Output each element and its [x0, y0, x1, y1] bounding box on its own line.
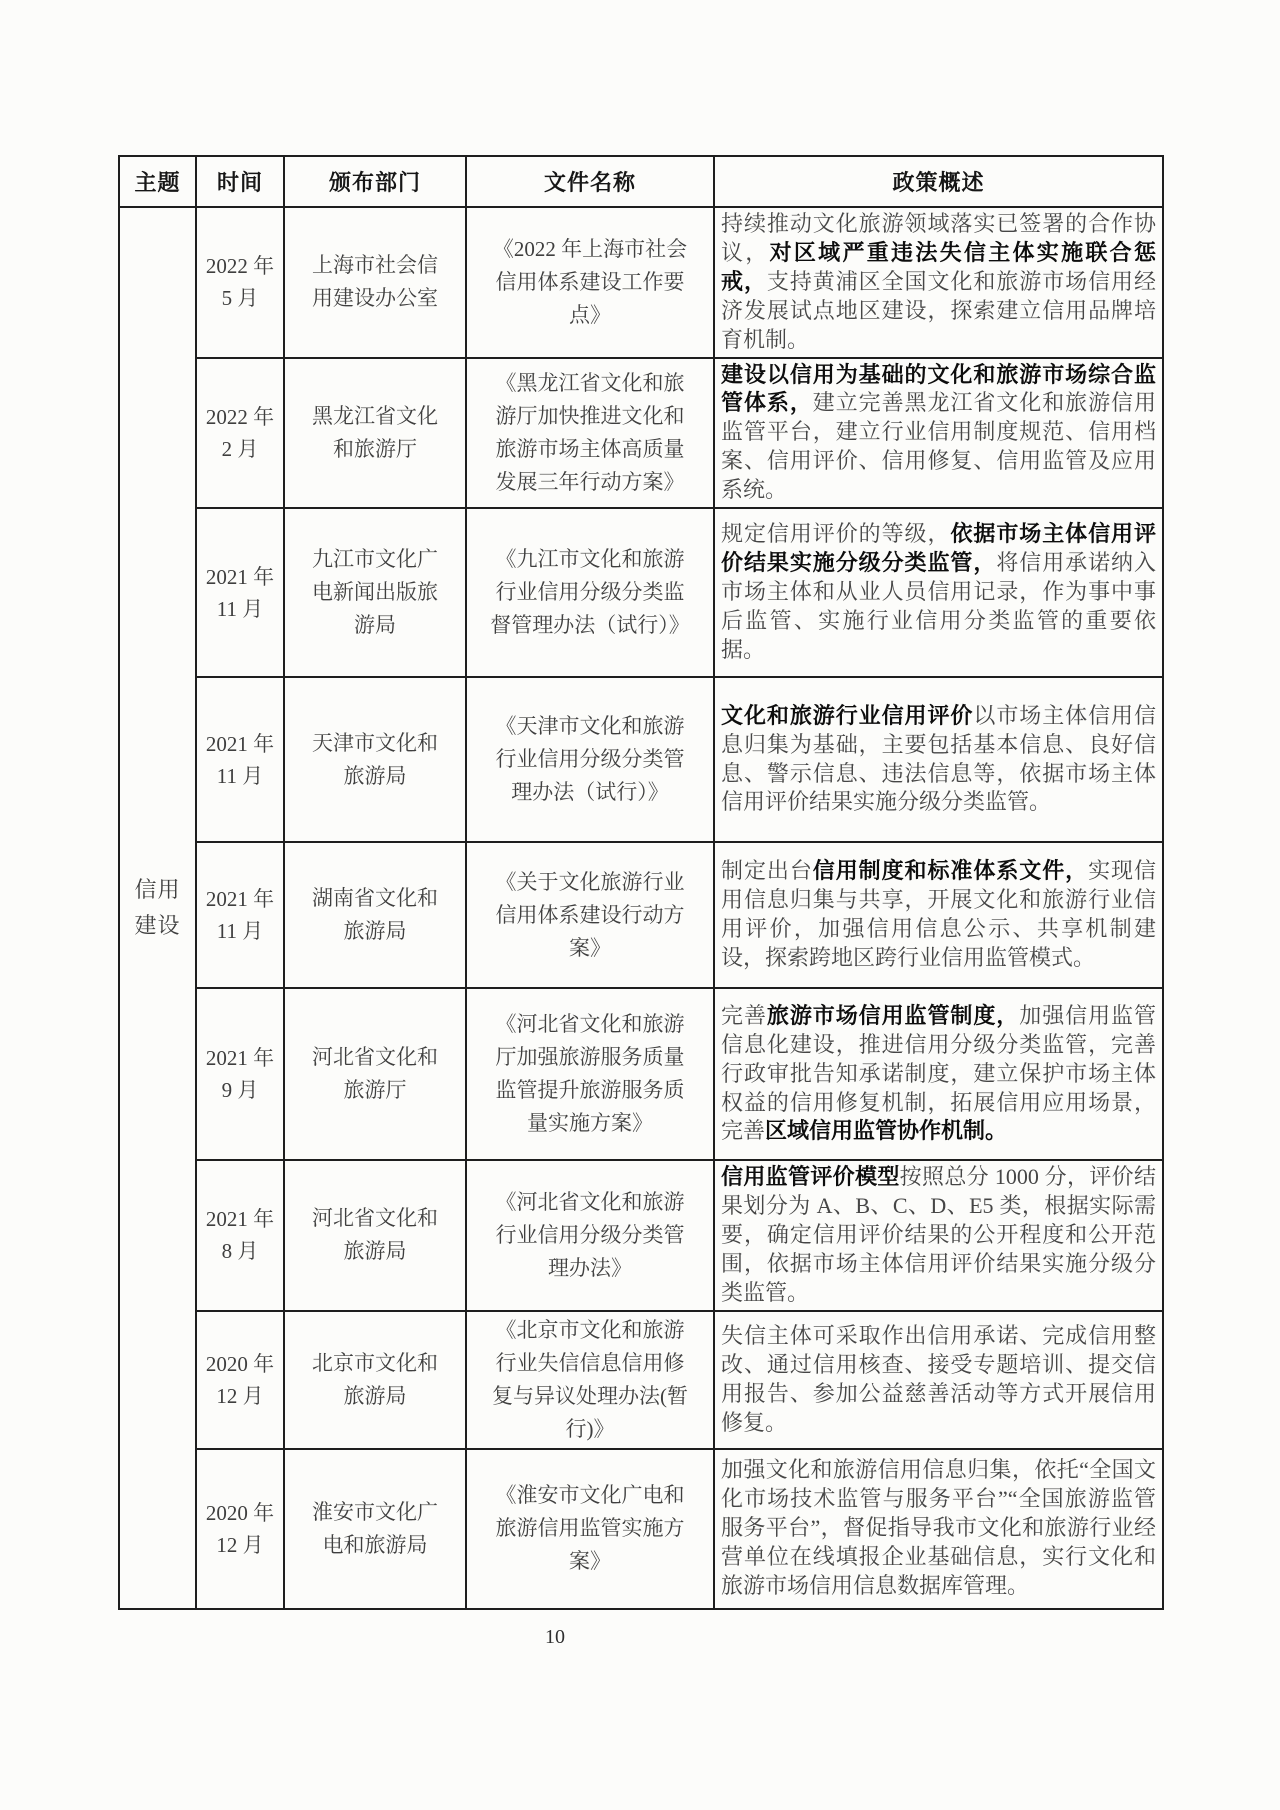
time-cell: 2022 年5 月 — [196, 207, 284, 358]
policy-summary-cell: 完善旅游市场信用监管制度，加强信用监管信息化建设，推进信用分级分类监管，完善行政… — [714, 988, 1163, 1160]
document-title-cell: 《九江市文化和旅游行业信用分级分类监督管理办法（试行）》 — [466, 508, 714, 677]
time-cell: 2021 年11 月 — [196, 842, 284, 988]
time-cell: 2022 年2 月 — [196, 358, 284, 509]
policy-summary-cell: 建设以信用为基础的文化和旅游市场综合监管体系，建立完善黑龙江省文化和旅游信用监管… — [714, 358, 1163, 509]
time-cell: 2020 年12 月 — [196, 1449, 284, 1609]
time-cell: 2021 年11 月 — [196, 508, 284, 677]
department-cell: 黑龙江省文化和旅游厅 — [284, 358, 466, 509]
policy-summary-cell: 制定出台信用制度和标准体系文件，实现信用信息归集与共享，开展文化和旅游行业信用评… — [714, 842, 1163, 988]
summary-bold-run: 区域信用监管协作机制。 — [765, 1118, 1007, 1143]
page-number: 10 — [535, 1626, 575, 1649]
summary-text-run: 制定出台 — [721, 858, 813, 883]
summary-bold-run: 信用制度和标准体系文件， — [813, 858, 1088, 883]
department-cell: 上海市社会信用建设办公室 — [284, 207, 466, 358]
document-page: 主题 时间 颁布部门 文件名称 政策概述 信用建设2022 年5 月上海市社会信… — [0, 0, 1280, 1810]
department-cell: 河北省文化和旅游厅 — [284, 988, 466, 1160]
document-title-cell: 《河北省文化和旅游厅加强旅游服务质量监管提升旅游服务质量实施方案》 — [466, 988, 714, 1160]
policy-summary-cell: 失信主体可采取作出信用承诺、完成信用整改、通过信用核查、接受专题培训、提交信用报… — [714, 1311, 1163, 1449]
summary-text-run: 加强文化和旅游信用信息归集，依托“全国文化市场技术监管与服务平台”“全国旅游监管… — [721, 1457, 1156, 1598]
document-title-cell: 《淮安市文化广电和旅游信用监管实施方案》 — [466, 1449, 714, 1609]
theme-cell: 信用建设 — [119, 207, 196, 1609]
time-cell: 2021 年9 月 — [196, 988, 284, 1160]
table-row: 2020 年12 月淮安市文化广电和旅游局《淮安市文化广电和旅游信用监管实施方案… — [119, 1449, 1163, 1609]
time-cell: 2021 年11 月 — [196, 677, 284, 842]
table-row: 2021 年9 月河北省文化和旅游厅《河北省文化和旅游厅加强旅游服务质量监管提升… — [119, 988, 1163, 1160]
summary-bold-run: 文化和旅游行业信用评价 — [721, 703, 973, 728]
table-row: 2021 年8 月河北省文化和旅游局《河北省文化和旅游行业信用分级分类管理办法》… — [119, 1160, 1163, 1311]
table-row: 信用建设2022 年5 月上海市社会信用建设办公室《2022 年上海市社会信用体… — [119, 207, 1163, 358]
department-cell: 湖南省文化和旅游局 — [284, 842, 466, 988]
document-title-cell: 《天津市文化和旅游行业信用分级分类管理办法（试行）》 — [466, 677, 714, 842]
header-document-name: 文件名称 — [466, 156, 714, 207]
table-row: 2021 年11 月天津市文化和旅游局《天津市文化和旅游行业信用分级分类管理办法… — [119, 677, 1163, 842]
summary-text-run: 完善 — [721, 1003, 767, 1028]
summary-bold-run: 信用监管评价模型 — [721, 1164, 900, 1189]
summary-text-run: 规定信用评价的等级， — [721, 521, 950, 546]
table-row: 2021 年11 月九江市文化广电新闻出版旅游局《九江市文化和旅游行业信用分级分… — [119, 508, 1163, 677]
header-department: 颁布部门 — [284, 156, 466, 207]
table-row: 2020 年12 月北京市文化和旅游局《北京市文化和旅游行业失信信息信用修复与异… — [119, 1311, 1163, 1449]
document-title-cell: 《关于文化旅游行业信用体系建设行动方案》 — [466, 842, 714, 988]
header-policy-summary: 政策概述 — [714, 156, 1163, 207]
document-title-cell: 《河北省文化和旅游行业信用分级分类管理办法》 — [466, 1160, 714, 1311]
department-cell: 北京市文化和旅游局 — [284, 1311, 466, 1449]
department-cell: 河北省文化和旅游局 — [284, 1160, 466, 1311]
table-row: 2022 年2 月黑龙江省文化和旅游厅《黑龙江省文化和旅游厅加快推进文化和旅游市… — [119, 358, 1163, 509]
summary-bold-run: 旅游市场信用监管制度， — [767, 1003, 1019, 1028]
header-time: 时间 — [196, 156, 284, 207]
policy-summary-cell: 加强文化和旅游信用信息归集，依托“全国文化市场技术监管与服务平台”“全国旅游监管… — [714, 1449, 1163, 1609]
policy-table-body: 信用建设2022 年5 月上海市社会信用建设办公室《2022 年上海市社会信用体… — [119, 207, 1163, 1609]
document-title-cell: 《2022 年上海市社会信用体系建设工作要点》 — [466, 207, 714, 358]
policy-summary-cell: 规定信用评价的等级，依据市场主体信用评价结果实施分级分类监管，将信用承诺纳入市场… — [714, 508, 1163, 677]
policy-table: 主题 时间 颁布部门 文件名称 政策概述 信用建设2022 年5 月上海市社会信… — [118, 155, 1164, 1610]
summary-text-run: 支持黄浦区全国文化和旅游市场信用经济发展试点地区建设，探索建立信用品牌培育机制。 — [721, 269, 1156, 352]
policy-summary-cell: 文化和旅游行业信用评价以市场主体信用信息归集为基础，主要包括基本信息、良好信息、… — [714, 677, 1163, 842]
department-cell: 淮安市文化广电和旅游局 — [284, 1449, 466, 1609]
policy-table-header: 主题 时间 颁布部门 文件名称 政策概述 — [119, 156, 1163, 207]
time-cell: 2020 年12 月 — [196, 1311, 284, 1449]
time-cell: 2021 年8 月 — [196, 1160, 284, 1311]
policy-summary-cell: 持续推动文化旅游领域落实已签署的合作协议，对区域严重违法失信主体实施联合惩戒，支… — [714, 207, 1163, 358]
document-title-cell: 《黑龙江省文化和旅游厅加快推进文化和旅游市场主体高质量发展三年行动方案》 — [466, 358, 714, 509]
policy-summary-cell: 信用监管评价模型按照总分 1000 分，评价结果划分为 A、B、C、D、E5 类… — [714, 1160, 1163, 1311]
summary-text-run: 失信主体可采取作出信用承诺、完成信用整改、通过信用核查、接受专题培训、提交信用报… — [721, 1323, 1156, 1435]
document-title-cell: 《北京市文化和旅游行业失信信息信用修复与异议处理办法(暂行)》 — [466, 1311, 714, 1449]
department-cell: 天津市文化和旅游局 — [284, 677, 466, 842]
header-row: 主题 时间 颁布部门 文件名称 政策概述 — [119, 156, 1163, 207]
header-theme: 主题 — [119, 156, 196, 207]
department-cell: 九江市文化广电新闻出版旅游局 — [284, 508, 466, 677]
table-row: 2021 年11 月湖南省文化和旅游局《关于文化旅游行业信用体系建设行动方案》制… — [119, 842, 1163, 988]
